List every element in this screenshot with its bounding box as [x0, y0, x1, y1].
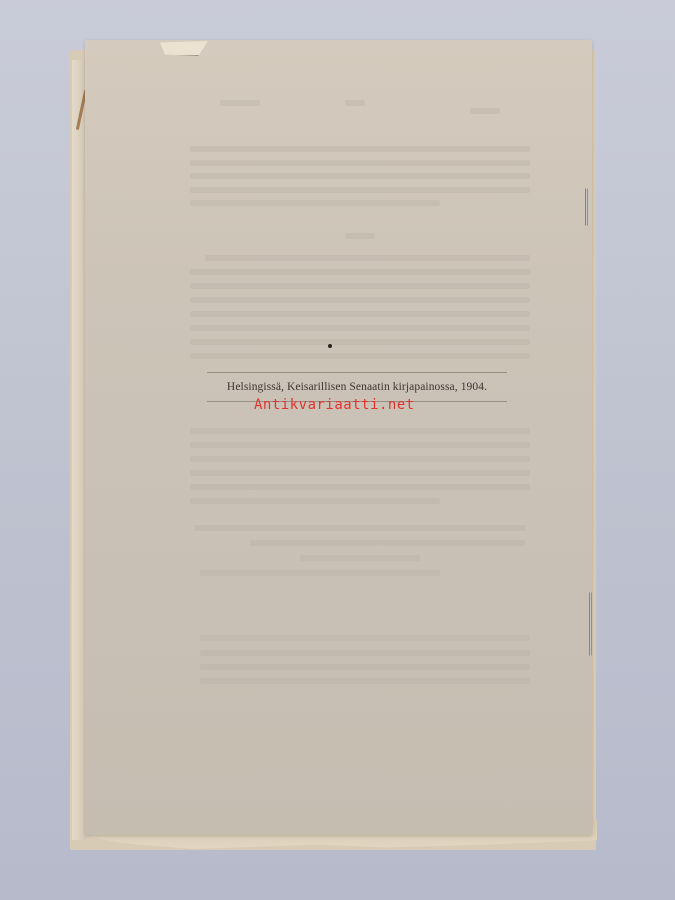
- watermark: Antikvariaatti.net: [254, 397, 415, 413]
- imprint-line: Helsingissä, Keisarillisen Senaatin kirj…: [207, 381, 507, 393]
- bleed-line: [190, 311, 530, 317]
- bleed-line: [190, 428, 530, 434]
- bleed-line: [200, 678, 530, 684]
- bleed-line: [205, 255, 530, 261]
- ink-spot: [328, 344, 332, 348]
- bleed-line: [470, 108, 500, 114]
- bleed-line: [190, 470, 530, 476]
- bleed-line: [190, 187, 530, 193]
- bleed-line: [195, 525, 525, 531]
- bleed-line: [200, 650, 530, 656]
- bleed-line: [190, 269, 530, 275]
- bleed-line: [190, 200, 440, 206]
- bleed-line: [190, 173, 530, 179]
- bleed-line: [345, 233, 375, 239]
- bleed-line: [200, 570, 440, 576]
- bleed-line: [250, 540, 525, 546]
- bleed-line: [190, 442, 530, 448]
- staple-bottom: [589, 592, 592, 656]
- bleed-line: [190, 297, 530, 303]
- bleed-line: [190, 146, 530, 152]
- bleed-line: [190, 339, 530, 345]
- bleed-line: [190, 160, 530, 166]
- bleed-line: [220, 100, 260, 106]
- bleed-line: [190, 325, 530, 331]
- bleed-line: [200, 635, 530, 641]
- staple-top: [585, 188, 588, 226]
- bleed-line: [190, 456, 530, 462]
- imprint-rule-top: [207, 372, 507, 373]
- left-page-edge: [72, 60, 86, 840]
- bleed-line: [200, 664, 530, 670]
- bleed-line: [300, 555, 420, 561]
- bleed-line: [190, 484, 530, 490]
- bleed-line: [345, 100, 365, 106]
- bleed-line: [190, 353, 530, 359]
- bleed-line: [190, 498, 440, 504]
- bleed-line: [190, 283, 530, 289]
